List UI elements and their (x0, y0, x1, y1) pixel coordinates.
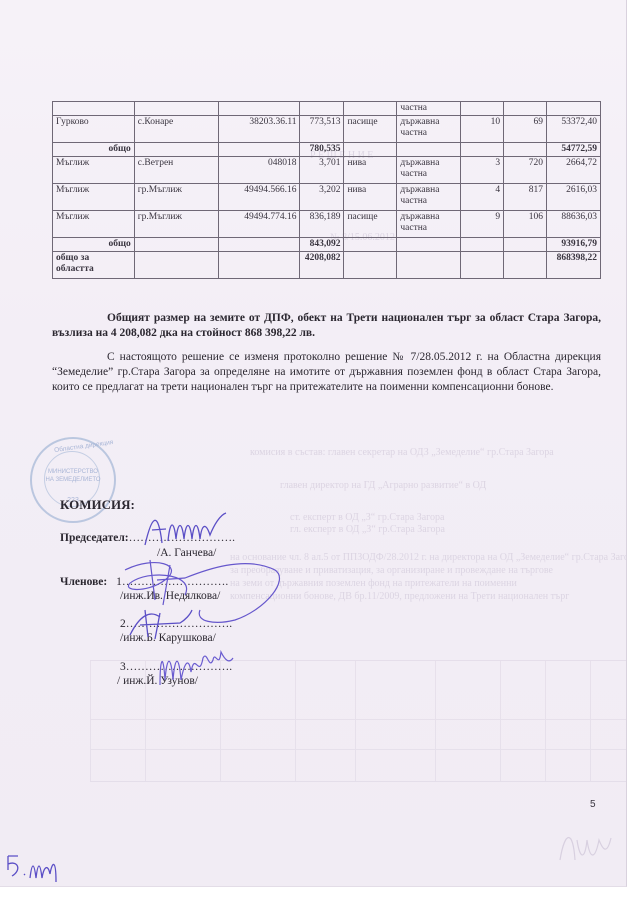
category-cell: 9 (461, 211, 504, 238)
table-row-continued: частна (53, 102, 601, 116)
table-cell (53, 102, 135, 116)
land-use-cell: пасище (344, 116, 397, 143)
table-row: Мъглижс.Ветрен0480183,701нивадържавначас… (53, 157, 601, 184)
page-number: 5 (590, 799, 596, 810)
table-cell (504, 143, 547, 157)
municipality-cell: Мъглиж (53, 211, 135, 238)
price-cell: 69 (504, 116, 547, 143)
table-row: Гурковос.Конаре38203.36.11773,513пасищед… (53, 116, 601, 143)
property-id-cell: 38203.36.11 (218, 116, 300, 143)
faint-signature-icon (555, 820, 615, 870)
table-cell (134, 102, 218, 116)
ownership-line: частна (400, 223, 457, 234)
label-line: областта (56, 264, 131, 275)
table-cell (546, 102, 600, 116)
locality-cell: с.Ветрен (134, 157, 218, 184)
bleed-through-text: ст. експерт в ОД „З“ гр.Стара Загора (290, 512, 444, 523)
table-cell (397, 252, 461, 279)
bleed-through-text: главен директор на ГД „Аграрно развитие“… (280, 480, 486, 491)
table-cell (218, 238, 300, 252)
subtotal-area: 843,092 (300, 238, 344, 252)
locality-cell: гр.Мъглиж (134, 184, 218, 211)
table-cell (344, 143, 397, 157)
table-cell (504, 252, 547, 279)
signature-member-2-icon (120, 605, 200, 640)
grand-total-row: общо заобластта4208,082868398,22 (53, 252, 601, 279)
value-cell: 88636,03 (546, 211, 600, 238)
table-cell (134, 143, 218, 157)
value-cell: 2616,03 (546, 184, 600, 211)
bleed-through-text: комисия в състав: главен секретар на ОДЗ… (250, 447, 554, 458)
subtotal-row: общо780,53554772,59 (53, 143, 601, 157)
subtotal-area: 780,535 (300, 143, 344, 157)
table-row: Мъглижгр.Мъглиж49494.774.16836,189пасище… (53, 211, 601, 238)
summary-text: Общият размер на земите от ДПФ, обект на… (52, 312, 601, 339)
municipality-cell: Мъглиж (53, 157, 135, 184)
property-id-cell: 49494.774.16 (218, 211, 300, 238)
table-cell (300, 102, 344, 116)
subtotal-label: общо (53, 238, 135, 252)
category-cell: 10 (461, 116, 504, 143)
bleed-through-text: гл. експерт в ОД „З“ гр.Стара Загора (290, 524, 445, 535)
ownership-line: държавна (400, 185, 457, 196)
decision-paragraph: С настоящото решение се изменя протоколн… (52, 350, 601, 395)
price-cell: 720 (504, 157, 547, 184)
property-id-cell: 49494.566.16 (218, 184, 300, 211)
subtotal-value: 93916,79 (546, 238, 600, 252)
grand-total-label: общо заобластта (53, 252, 135, 279)
ownership-line: държавна (400, 158, 457, 169)
chair-label: Председател: (60, 532, 129, 544)
table-cell (461, 252, 504, 279)
table-cell (397, 238, 461, 252)
table-cell (218, 102, 300, 116)
municipality-cell: Мъглиж (53, 184, 135, 211)
table-cell (504, 238, 547, 252)
table-cell (344, 102, 397, 116)
table-cell (134, 252, 218, 279)
ownership-line: държавна (400, 117, 457, 128)
table-cell (134, 238, 218, 252)
ownership-cell: държавначастна (397, 157, 461, 184)
area-cell: 773,513 (300, 116, 344, 143)
table-cell (218, 143, 300, 157)
stamp-line-2: НА ЗЕМЕДЕЛИЕТО (32, 477, 114, 483)
grand-total-value: 868398,22 (546, 252, 600, 279)
table-cell (461, 238, 504, 252)
land-properties-table: частнаГурковос.Конаре38203.36.11773,513п… (52, 101, 601, 279)
stamp-line-1: МИНИСТЕРСТВО (32, 469, 114, 475)
land-use-cell: нива (344, 184, 397, 211)
category-cell: 4 (461, 184, 504, 211)
label-line: общо за (56, 253, 131, 264)
ownership-cell: държавначастна (397, 211, 461, 238)
table-cell (397, 143, 461, 157)
area-cell: 836,189 (300, 211, 344, 238)
subtotal-row: общо843,09293916,79 (53, 238, 601, 252)
ownership-line: частна (400, 128, 457, 139)
table-cell (461, 102, 504, 116)
handwritten-initials-icon (4, 852, 60, 884)
property-id-cell: 048018 (218, 157, 300, 184)
table-cell (344, 252, 397, 279)
signature-chair-icon (140, 505, 230, 550)
ownership-cell: държавначастна (397, 184, 461, 211)
land-use-cell: нива (344, 157, 397, 184)
grand-total-area: 4208,082 (300, 252, 344, 279)
ownership-line: частна (400, 196, 457, 207)
land-use-cell: пасище (344, 211, 397, 238)
signature-member-3-icon (155, 640, 235, 690)
table-cell (461, 143, 504, 157)
area-cell: 3,701 (300, 157, 344, 184)
price-cell: 106 (504, 211, 547, 238)
category-cell: 3 (461, 157, 504, 184)
price-cell: 817 (504, 184, 547, 211)
table-cell (504, 102, 547, 116)
decision-text: С настоящото решение се изменя протоколн… (52, 351, 601, 393)
stamp-ring-text: Областна дирекция (54, 439, 114, 454)
area-cell: 3,202 (300, 184, 344, 211)
locality-cell: гр.Мъглиж (134, 211, 218, 238)
municipality-cell: Гурково (53, 116, 135, 143)
table-cell: частна (397, 102, 461, 116)
value-cell: 2664,72 (546, 157, 600, 184)
ownership-cell: държавначастна (397, 116, 461, 143)
document-page: Р Е Ш Е Н И Е № 8/15.06.2012 комисия в с… (0, 0, 627, 887)
table-cell (218, 252, 300, 279)
locality-cell: с.Конаре (134, 116, 218, 143)
value-cell: 53372,40 (546, 116, 600, 143)
table-cell (344, 238, 397, 252)
table-row: Мъглижгр.Мъглиж49494.566.163,202нивадърж… (53, 184, 601, 211)
subtotal-value: 54772,59 (546, 143, 600, 157)
commission-heading: КОМИСИЯ: (60, 497, 135, 513)
ownership-line: частна (400, 169, 457, 180)
ownership-line: държавна (400, 212, 457, 223)
summary-paragraph: Общият размер на земите от ДПФ, обект на… (52, 311, 601, 341)
subtotal-label: общо (53, 143, 135, 157)
